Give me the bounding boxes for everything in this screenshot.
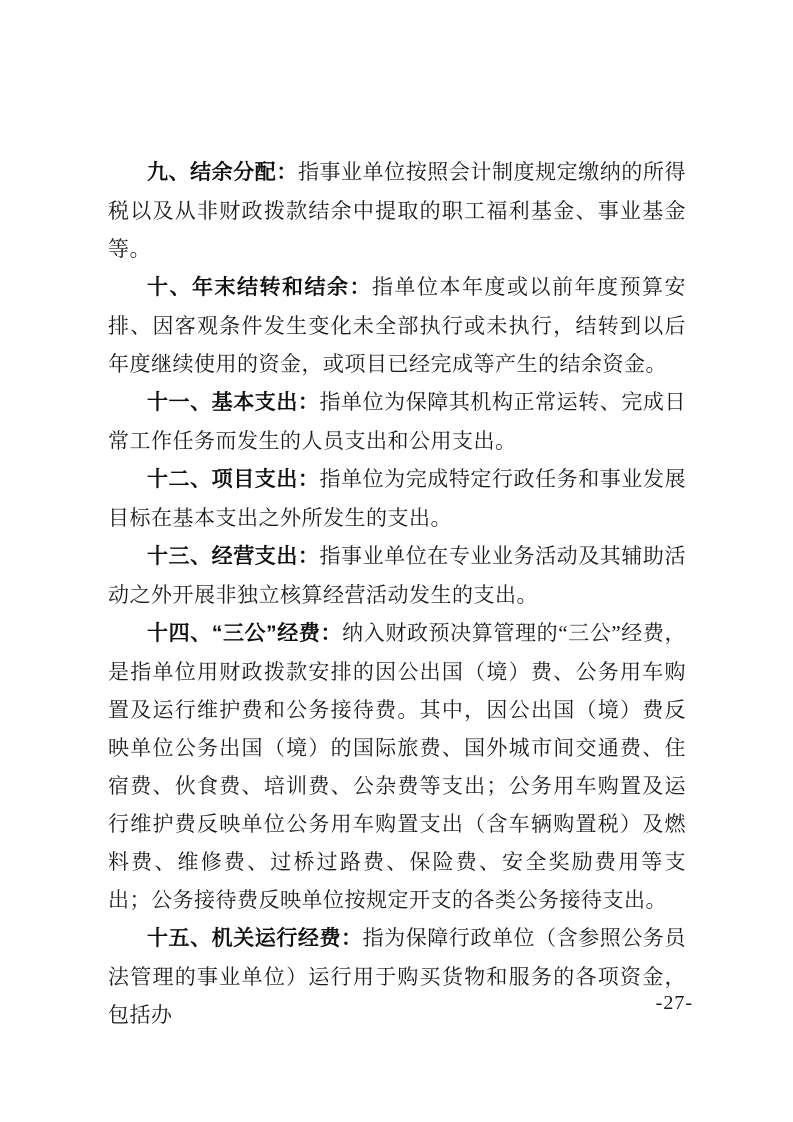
paragraph-14-three-public-funds: 十四、“三公”经费：纳入财政预决算管理的“三公”经费，是指单位用财政拨款安排的因… [108, 614, 686, 919]
page-number: -27- [656, 992, 693, 1015]
paragraph-15-agency-operating-funds: 十五、机关运行经费：指为保障行政单位（含参照公务员法管理的事业单位）运行用于购买… [108, 919, 686, 1034]
definition-text: 纳入财政预决算管理的“三公”经费，是指单位用财政拨款安排的因公出国（境）费、公务… [108, 621, 686, 912]
paragraph-13-operating-expenditure: 十三、经营支出：指事业单位在专业业务活动及其辅助活动之外开展非独立核算经营活动发… [108, 537, 686, 614]
paragraph-12-project-expenditure: 十二、项目支出：指单位为完成特定行政任务和事业发展目标在基本支出之外所发生的支出… [108, 460, 686, 537]
paragraph-11-basic-expenditure: 十一、基本支出：指单位为保障其机构正常运转、完成日常工作任务而发生的人员支出和公… [108, 383, 686, 460]
term-label: 十五、机关运行经费： [147, 927, 363, 950]
term-label: 十、年末结转和结余： [147, 276, 372, 299]
paragraph-10-year-end-carryover: 十、年末结转和结余：指单位本年度或以前年度预算安排、因客观条件发生变化未全部执行… [108, 268, 686, 383]
term-label: 十二、项目支出： [147, 468, 320, 491]
document-body: 九、结余分配：指事业单位按照会计制度规定缴纳的所得税以及从非财政拨款结余中提取的… [108, 153, 686, 1034]
term-label: 十四、“三公”经费： [147, 622, 342, 645]
term-label: 九、结余分配： [147, 161, 298, 184]
document-page: 九、结余分配：指事业单位按照会计制度规定缴纳的所得税以及从非财政拨款结余中提取的… [0, 0, 793, 1122]
paragraph-09-surplus-distribution: 九、结余分配：指事业单位按照会计制度规定缴纳的所得税以及从非财政拨款结余中提取的… [108, 153, 686, 268]
term-label: 十三、经营支出： [147, 545, 320, 568]
term-label: 十一、基本支出： [147, 391, 320, 414]
